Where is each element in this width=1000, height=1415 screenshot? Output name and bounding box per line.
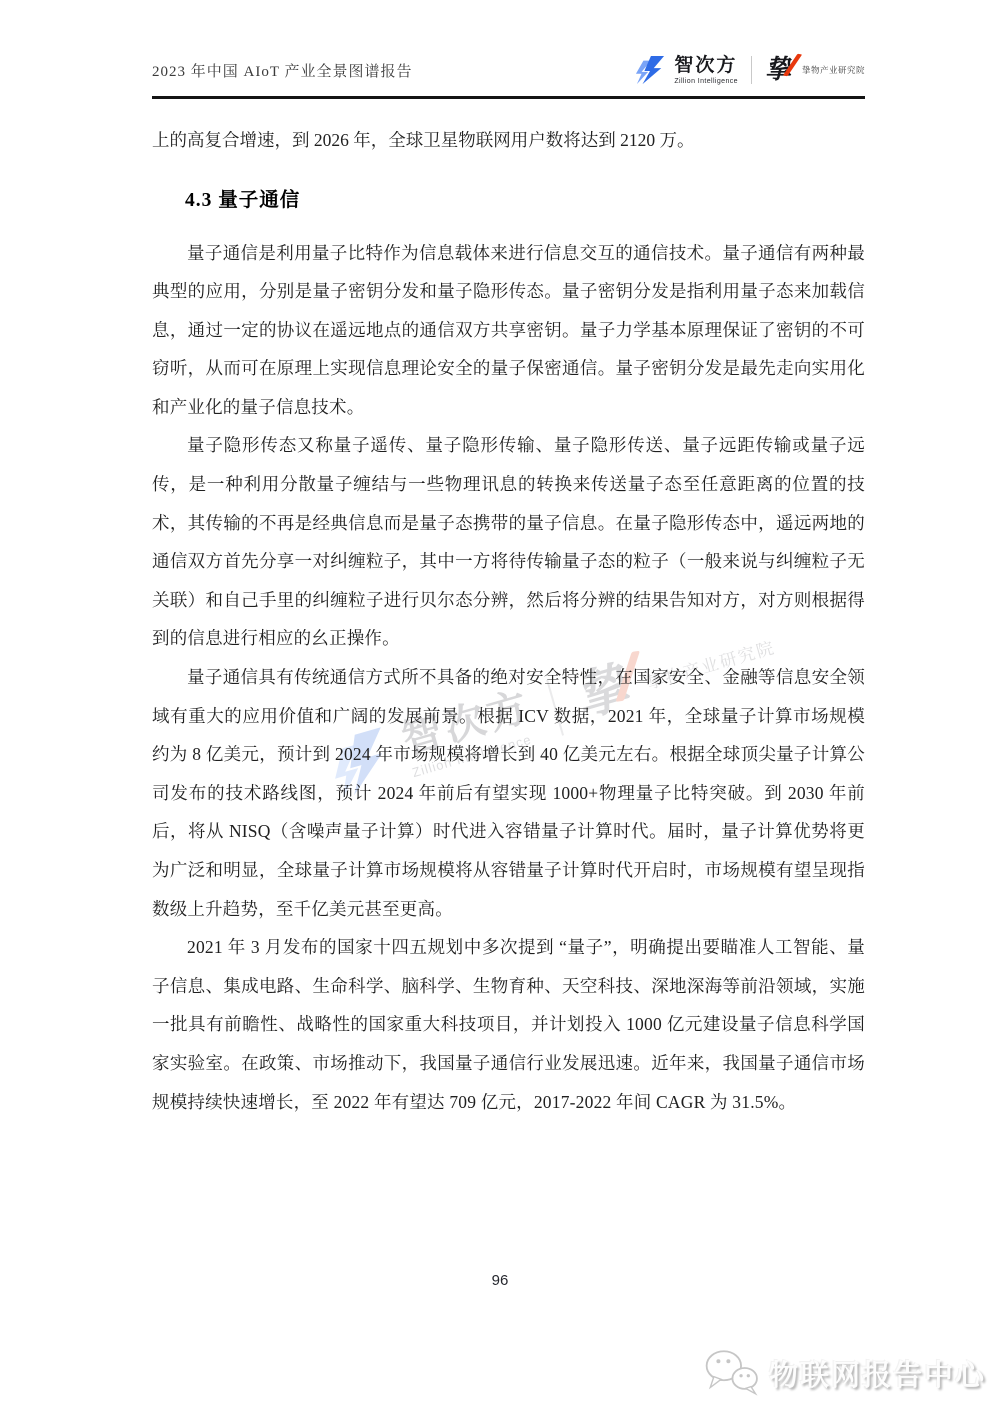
wechat-account-watermark: 物联网报告中心 (703, 1348, 986, 1398)
zillion-z-icon (635, 54, 665, 86)
page-content: 上的高复合增速，到 2026 年，全球卫星物联网用户数将达到 2120 万。 4… (152, 121, 865, 1121)
logo-divider (751, 56, 752, 84)
body-paragraph-2: 量子隐形传态又称量子遥传、量子隐形传输、量子隐形传送、量子远距传输或量子远传，是… (152, 426, 865, 658)
body-paragraph-3: 量子通信具有传统通信方式所不具备的绝对安全特性，在国家安全、金融等信息安全领域有… (152, 658, 865, 928)
document-page: 2023 年中国 AIoT 产业全景图谱报告 智次方 Zillion Intel… (0, 0, 1000, 1415)
carryover-paragraph: 上的高复合增速，到 2026 年，全球卫星物联网用户数将达到 2120 万。 (152, 121, 865, 160)
brand-name-cn: 智次方 (674, 56, 738, 75)
wechat-account-name: 物联网报告中心 (769, 1353, 986, 1394)
zillion-brand: 智次方 Zillion Intelligence (674, 56, 738, 85)
header-logos: 智次方 Zillion Intelligence 挚 挚物产业研究院 (635, 54, 865, 86)
section-heading: 4.3 量子通信 (185, 184, 865, 212)
body-paragraph-1: 量子通信是利用量子比特作为信息载体来进行信息交互的通信技术。量子通信有两种最典型… (152, 234, 865, 427)
body-paragraph-4: 2021 年 3 月发布的国家十四五规划中多次提到 “量子”，明确提出要瞄准人工… (152, 928, 865, 1121)
page-header: 2023 年中国 AIoT 产业全景图谱报告 智次方 Zillion Intel… (152, 0, 865, 99)
partner-institute-name: 挚物产业研究院 (802, 64, 865, 76)
brand-name-en: Zillion Intelligence (674, 78, 738, 85)
wechat-icon (703, 1348, 761, 1398)
zhiwu-logo-mark: 挚 (765, 57, 791, 83)
page-number: 96 (0, 1272, 1000, 1289)
report-title: 2023 年中国 AIoT 产业全景图谱报告 (152, 60, 412, 81)
